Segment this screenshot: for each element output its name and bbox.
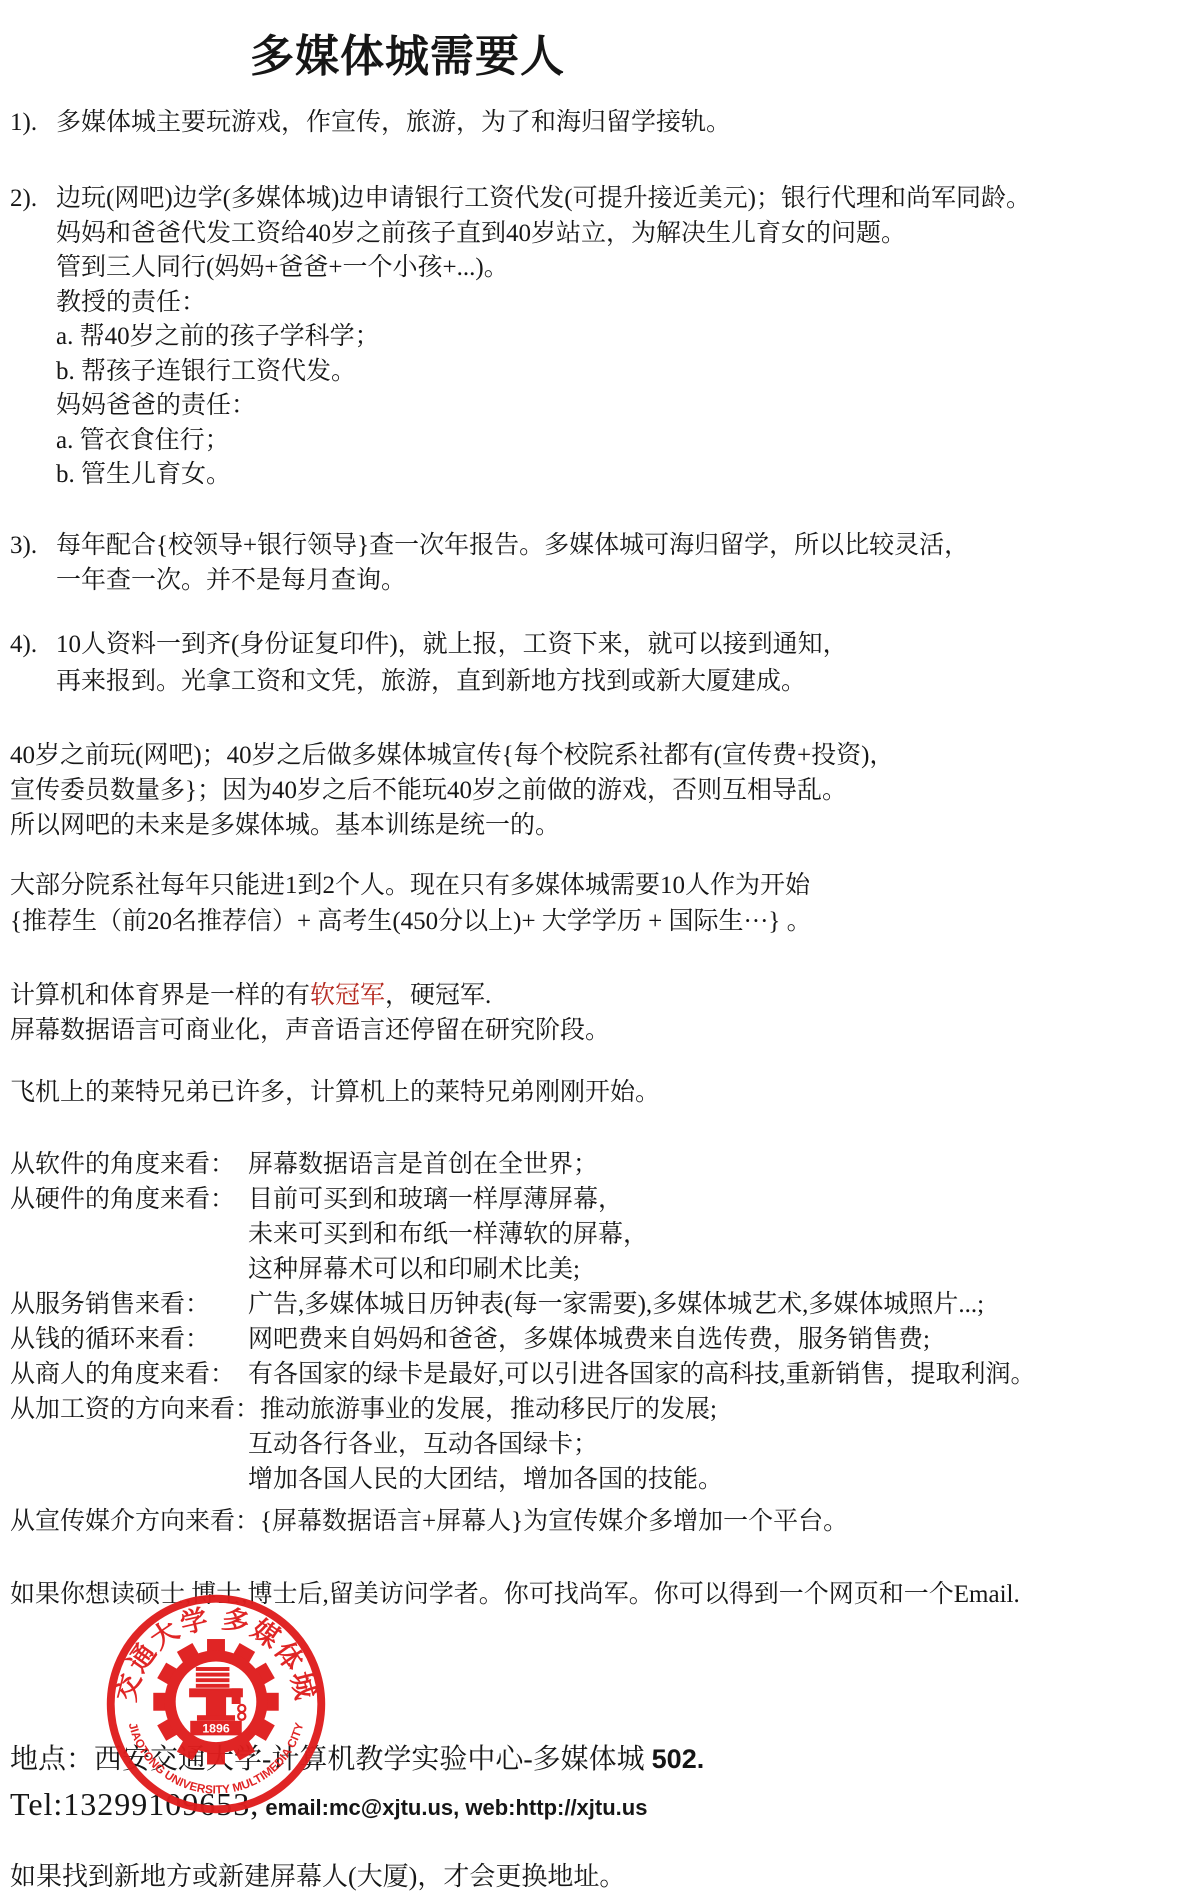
champion-text-after: ，硬冠军. <box>385 982 491 1009</box>
seal-ring <box>111 1599 322 1810</box>
section-4-number: 4). <box>10 627 56 664</box>
perspective-text: 网吧费来自妈妈和爸爸，多媒体城费来自选传费，服务销售费; <box>248 1326 930 1353</box>
perspective-row: 从宣传媒介方向来看：{屏幕数据语言+屏幕人}为宣传媒介多增加一个平台。 <box>10 1504 1036 1539</box>
text-line: a. 管衣食住行； <box>10 424 1031 459</box>
document-page: 多媒体城需要人 1).多媒体城主要玩游戏，作宣传，旅游，为了和海归留学接轨。 2… <box>0 0 1180 1898</box>
section-4: 4).10人资料一到齐(身份证复印件)，就上报，工资下来，就可以接到通知， 再来… <box>10 627 848 700</box>
section-1-number: 1). <box>10 106 56 141</box>
text-line: 3).每年配合{校领导+银行领导}查一次年报告。多媒体城可海归留学，所以比较灵活… <box>10 528 969 563</box>
section-2-number: 2). <box>10 182 56 217</box>
text-line: 1).多媒体城主要玩游戏，作宣传，旅游，为了和海归留学接轨。 <box>10 106 731 141</box>
text-line: 4).10人资料一到齐(身份证复印件)，就上报，工资下来，就可以接到通知， <box>10 627 848 664</box>
section-1: 1).多媒体城主要玩游戏，作宣传，旅游，为了和海归留学接轨。 <box>10 106 731 141</box>
university-seal: 交通大学 多媒体城 JIAOTONG UNIVERSITY MULTIMEDIA… <box>104 1592 328 1816</box>
perspective-text: 广告,多媒体城日历钟表(每一家需要),多媒体城艺术,多媒体城照片...; <box>248 1291 984 1318</box>
text-line: 飞机上的莱特兄弟已许多，计算机上的莱特兄弟刚刚开始。 <box>10 1076 660 1111</box>
text-line: 所以网吧的未来是多媒体城。基本训练是统一的。 <box>10 808 894 843</box>
perspective-row: 未来可买到和布纸一样薄软的屏幕， <box>10 1217 1036 1252</box>
text-line: 再来报到。光拿工资和文凭，旅游，直到新地方找到或新大厦建成。 <box>10 664 848 701</box>
address-note: 如果找到新地方或新建屏幕人(大厦)，才会更换地址。 <box>10 1856 625 1893</box>
text-line: 一年查一次。并不是每月查询。 <box>10 563 969 598</box>
perspective-text: 增加各国人民的大团结，增加各国的技能。 <box>248 1466 723 1493</box>
section-4-text: 10人资料一到齐(身份证复印件)，就上报，工资下来，就可以接到通知， <box>56 631 848 658</box>
perspective-row: 从商人的角度来看：有各国家的绿卡是最好,可以引进各国家的高科技,重新销售，提取利… <box>10 1357 1036 1392</box>
section-3: 3).每年配合{校领导+银行领导}查一次年报告。多媒体城可海归留学，所以比较灵活… <box>10 528 969 598</box>
text-line: 宣传委员数量多}；因为40岁之后不能玩40岁之前做的游戏，否则互相导乱。 <box>10 773 894 808</box>
perspective-text: 互动各行各业，互动各国绿卡； <box>248 1431 598 1458</box>
text-line: 大部分院系社每年只能进1到2个人。现在只有多媒体城需要10人作为开始 <box>10 868 812 904</box>
text-line: 管到三人同行(妈妈+爸爸+一个小孩+...)。 <box>10 251 1031 286</box>
paragraph-study: 如果你想读硕士,博士,博士后,留美访问学者。你可找尚军。你可以得到一个网页和一个… <box>10 1578 1020 1613</box>
perspective-label: 从软件的角度来看： <box>10 1147 248 1182</box>
seal-top-text: 交通大学 多媒体城 <box>111 1603 321 1704</box>
email-web-text: email:mc@xjtu.us, web:http://xjtu.us <box>259 1795 647 1820</box>
telephone-number: Tel:13299109653, <box>10 1786 259 1822</box>
seal-year: 1896 <box>202 1722 230 1736</box>
perspective-row: 这种屏幕术可以和印刷术比美; <box>10 1252 1036 1287</box>
perspectives-table: 从软件的角度来看：屏幕数据语言是首创在全世界； 从硬件的角度来看：目前可买到和玻… <box>10 1147 1036 1539</box>
perspective-text: 屏幕数据语言是首创在全世界； <box>248 1151 598 1178</box>
perspective-label: 从服务销售来看： <box>10 1287 248 1322</box>
perspective-label: 从硬件的角度来看： <box>10 1182 248 1217</box>
contact-line: Tel:13299109653, email:mc@xjtu.us, web:h… <box>10 1786 647 1823</box>
text-line: 屏幕数据语言可商业化，声音语言还停留在研究阶段。 <box>10 1013 610 1048</box>
champion-text-before: 计算机和体育界是一样的有 <box>10 982 310 1009</box>
perspective-row: 从软件的角度来看：屏幕数据语言是首创在全世界； <box>10 1147 1036 1182</box>
champion-text-red: 软冠军 <box>310 982 385 1009</box>
text-line: b. 管生儿育女。 <box>10 458 1031 493</box>
section-1-text: 多媒体城主要玩游戏，作宣传，旅游，为了和海归留学接轨。 <box>56 109 731 136</box>
perspective-row: 从硬件的角度来看：目前可买到和玻璃一样厚薄屏幕， <box>10 1182 1036 1217</box>
section-3-text: 每年配合{校领导+银行领导}查一次年报告。多媒体城可海归留学，所以比较灵活， <box>56 532 969 559</box>
page-title: 多媒体城需要人 <box>250 20 565 84</box>
perspective-text: 目前可买到和玻璃一样厚薄屏幕， <box>248 1186 623 1213</box>
location-room-number: 502. <box>652 1744 705 1774</box>
paragraph-age40: 40岁之前玩(网吧)；40岁之后做多媒体城宣传{每个校院系社都有(宣传费+投资)… <box>10 738 894 843</box>
paragraph-champion: 计算机和体育界是一样的有软冠军，硬冠军. 屏幕数据语言可商业化，声音语言还停留在… <box>10 978 610 1048</box>
perspective-row: 从钱的循环来看：网吧费来自妈妈和爸爸，多媒体城费来自选传费，服务销售费; <box>10 1322 1036 1357</box>
text-line: 40岁之前玩(网吧)；40岁之后做多媒体城宣传{每个校院系社都有(宣传费+投资)… <box>10 738 894 773</box>
section-2-text: 边玩(网吧)边学(多媒体城)边申请银行工资代发(可提升接近美元)；银行代理和尚军… <box>56 185 1031 212</box>
perspective-text: {屏幕数据语言+屏幕人}为宣传媒介多增加一个平台。 <box>260 1508 848 1535</box>
text-line: 2).边玩(网吧)边学(多媒体城)边申请银行工资代发(可提升接近美元)；银行代理… <box>10 182 1031 217</box>
text-line: {推荐生（前20名推荐信）+ 高考生(450分以上)+ 大学学历 + 国际生··… <box>10 904 812 940</box>
paragraph-wright: 飞机上的莱特兄弟已许多，计算机上的莱特兄弟刚刚开始。 <box>10 1076 660 1111</box>
text-line: 计算机和体育界是一样的有软冠军，硬冠军. <box>10 978 610 1013</box>
perspective-text: 推动旅游事业的发展，推动移民厅的发展; <box>260 1396 717 1423</box>
perspective-text: 这种屏幕术可以和印刷术比美; <box>248 1256 580 1283</box>
text-line: 妈妈爸爸的责任： <box>10 389 1031 424</box>
section-3-number: 3). <box>10 528 56 563</box>
perspective-row: 从服务销售来看：广告,多媒体城日历钟表(每一家需要),多媒体城艺术,多媒体城照片… <box>10 1287 1036 1322</box>
text-line: 教授的责任： <box>10 286 1031 321</box>
location-line: 地点：西安交通大学-计算机教学实验中心-多媒体城 502. <box>10 1737 704 1777</box>
perspective-row: 从加工资的方向来看：推动旅游事业的发展，推动移民厅的发展; <box>10 1392 1036 1427</box>
text-line: a. 帮40岁之前的孩子学科学； <box>10 320 1031 355</box>
perspective-text: 有各国家的绿卡是最好,可以引进各国家的高科技,重新销售，提取利润。 <box>248 1361 1036 1388</box>
perspective-label: 从钱的循环来看： <box>10 1322 248 1357</box>
text-line: 妈妈和爸爸代发工资给40岁之前孩子直到40岁站立，为解决生儿育女的问题。 <box>10 217 1031 252</box>
perspective-label: 从宣传媒介方向来看： <box>10 1504 260 1539</box>
perspective-label: 从商人的角度来看： <box>10 1357 248 1392</box>
text-line: 如果你想读硕士,博士,博士后,留美访问学者。你可找尚军。你可以得到一个网页和一个… <box>10 1578 1020 1613</box>
perspective-label: 从加工资的方向来看： <box>10 1392 260 1427</box>
perspective-text: 未来可买到和布纸一样薄软的屏幕， <box>248 1221 648 1248</box>
paragraph-quota: 大部分院系社每年只能进1到2个人。现在只有多媒体城需要10人作为开始 {推荐生（… <box>10 868 812 940</box>
location-text: 地点：西安交通大学-计算机教学实验中心-多媒体城 <box>10 1744 652 1775</box>
perspective-row: 互动各行各业，互动各国绿卡； <box>10 1427 1036 1462</box>
text-line: b. 帮孩子连银行工资代发。 <box>10 355 1031 390</box>
perspective-row: 增加各国人民的大团结，增加各国的技能。 <box>10 1462 1036 1497</box>
section-2: 2).边玩(网吧)边学(多媒体城)边申请银行工资代发(可提升接近美元)；银行代理… <box>10 182 1031 493</box>
